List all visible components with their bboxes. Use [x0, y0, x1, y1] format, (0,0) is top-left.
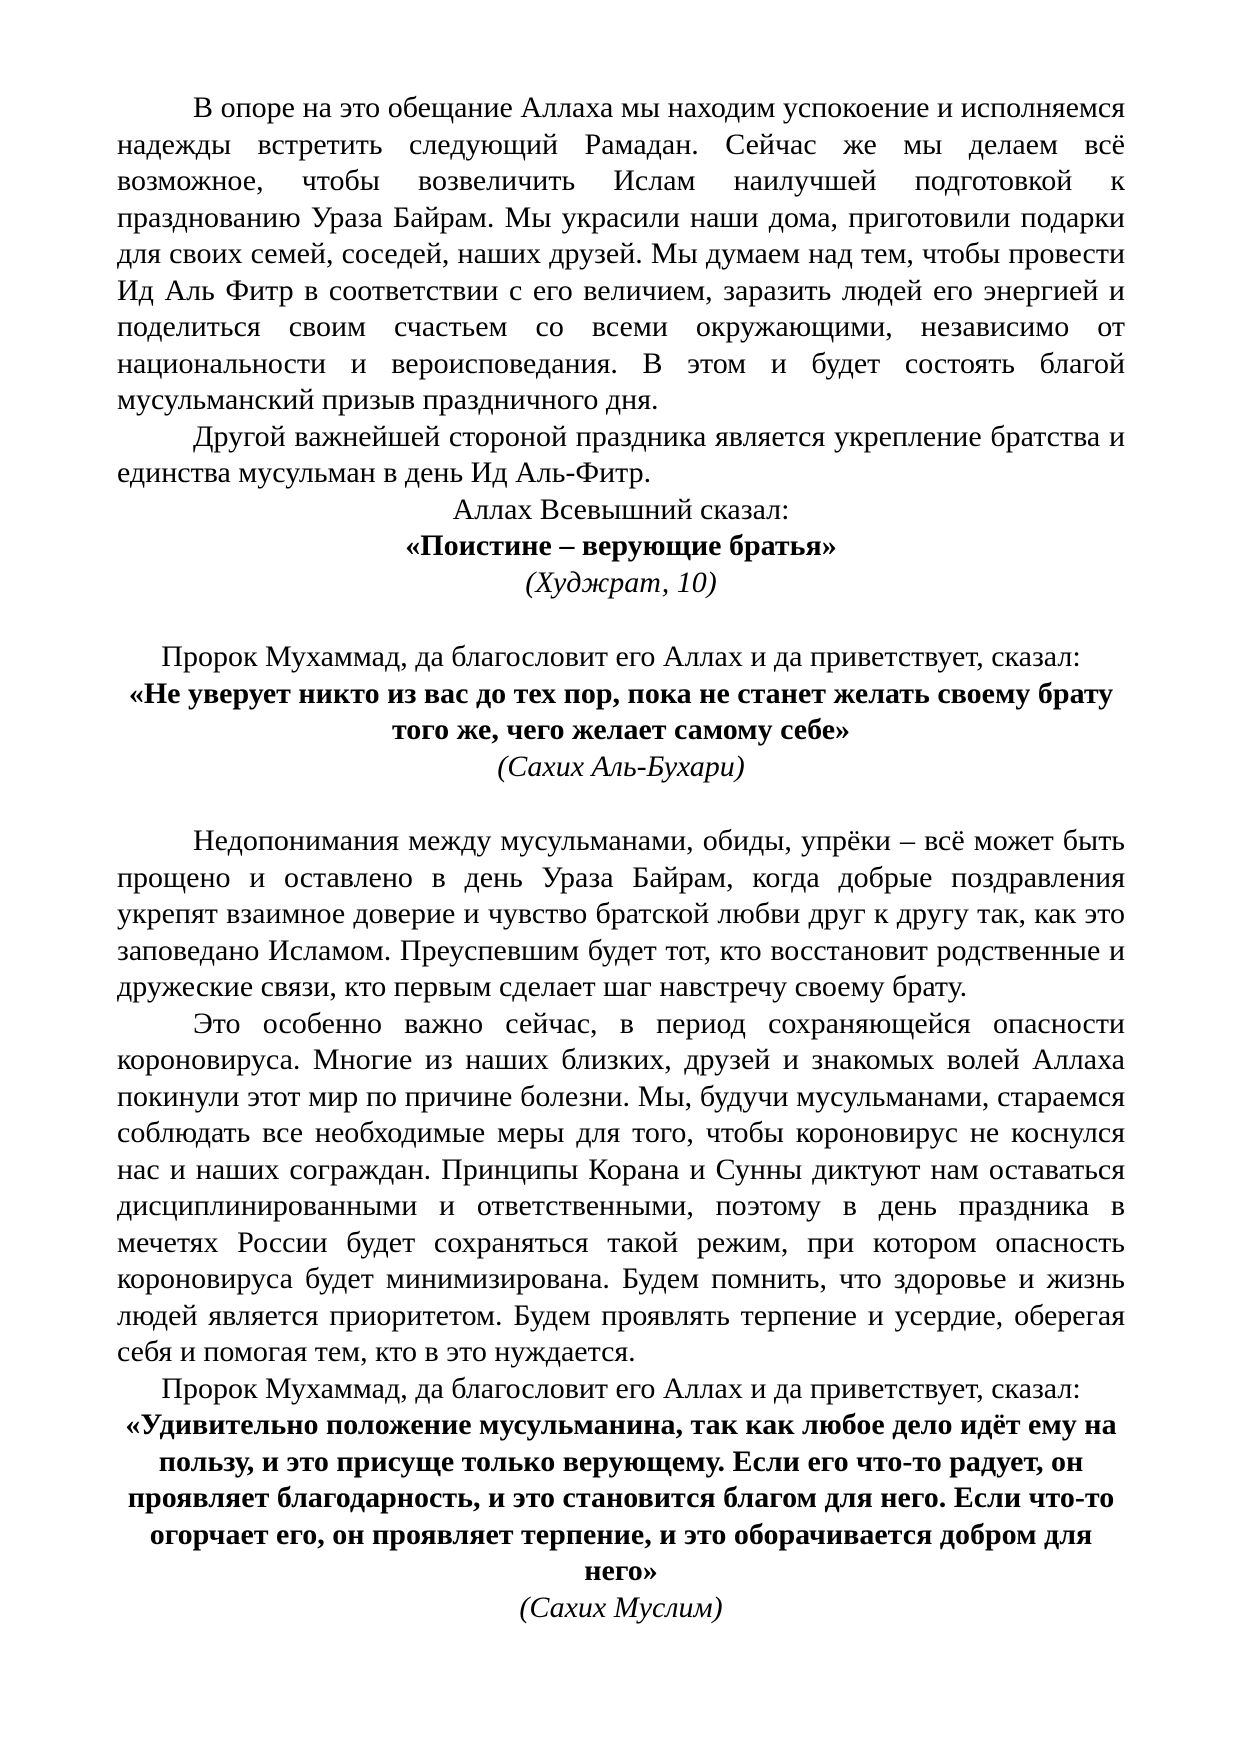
quran-quote-text: «Поистине – верующие братья»	[117, 528, 1125, 565]
blank-line	[117, 601, 1125, 639]
document-page: В опоре на это обещание Аллаха мы находи…	[0, 0, 1241, 1755]
paragraph-promise-ramadan: В опоре на это обещание Аллаха мы находи…	[117, 90, 1125, 419]
paragraph-coronavirus: Это особенно важно сейчас, в период сохр…	[117, 1006, 1125, 1371]
blank-line	[117, 785, 1125, 823]
hadith2-intro: Пророк Мухаммад, да благословит его Алла…	[117, 1371, 1125, 1408]
hadith1-text: «Не уверует никто из вас до тех пор, пок…	[117, 676, 1125, 749]
quran-quote-intro: Аллах Всевышний сказал:	[117, 492, 1125, 529]
hadith2-source: (Сахих Муслим)	[117, 1590, 1125, 1627]
paragraph-brotherhood: Другой важнейшей стороной праздника явля…	[117, 419, 1125, 492]
paragraph-forgiveness: Недопонимания между мусульманами, обиды,…	[117, 823, 1125, 1006]
hadith1-source: (Сахих Аль-Бухари)	[117, 749, 1125, 786]
quran-quote-source: (Худжрат, 10)	[117, 565, 1125, 602]
hadith2-text: «Удивительно положение мусульманина, так…	[117, 1407, 1125, 1590]
hadith1-intro: Пророк Мухаммад, да благословит его Алла…	[117, 639, 1125, 676]
